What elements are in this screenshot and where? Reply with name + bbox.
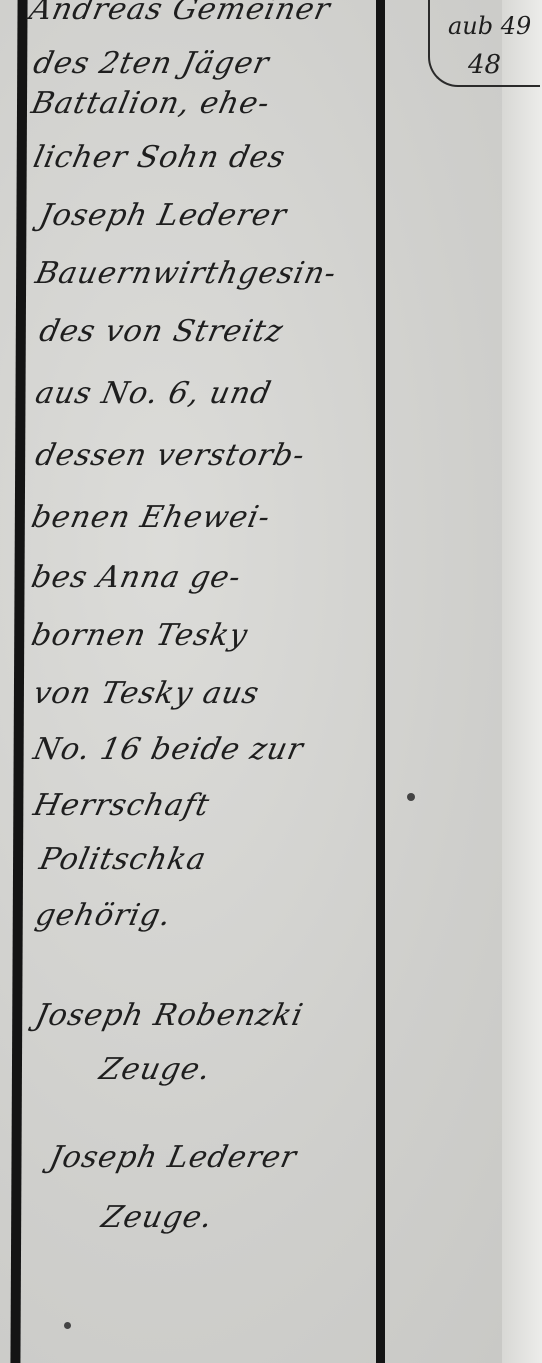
- left-column-rule: [10, 0, 27, 1363]
- witness-role: Zeuge.: [98, 1200, 216, 1235]
- margin-note: aub 49 48: [416, 0, 536, 95]
- ink-speck: [407, 793, 415, 801]
- entry-line: gehörig.: [32, 898, 174, 933]
- entry-line: bornen Tesky: [28, 618, 251, 653]
- witness-name: Joseph Lederer: [46, 1140, 300, 1175]
- entry-line: Politschka: [36, 842, 209, 877]
- entry-line: Battalion, ehe-: [28, 86, 273, 121]
- entry-line: Herrschaft: [30, 788, 213, 823]
- page-edge: [502, 0, 542, 1363]
- ink-speck: [64, 1322, 71, 1329]
- witness-name: Joseph Robenzki: [32, 998, 306, 1033]
- entry-line: Bauernwirthgesin-: [32, 256, 340, 291]
- entry-line: aus No. 6, und: [32, 376, 274, 411]
- entry-line: bes Anna ge-: [28, 560, 244, 595]
- entry-line: No. 16 beide zur: [30, 732, 307, 767]
- right-column-rule: [376, 0, 385, 1363]
- witness-role: Zeuge.: [96, 1052, 214, 1087]
- document-page: Andreas Gemeiner des 2ten Jäger Battalio…: [0, 0, 542, 1363]
- entry-line: Joseph Lederer: [36, 198, 290, 233]
- entry-line: des von Streitz: [36, 314, 286, 349]
- entry-line: Andreas Gemeiner: [26, 0, 333, 27]
- entry-line: benen Ehewei-: [28, 500, 273, 535]
- entry-line: licher Sohn des: [30, 140, 289, 175]
- margin-note-number: 48: [468, 50, 501, 80]
- margin-note-line: aub 49: [448, 12, 531, 40]
- entry-line: von Tesky aus: [30, 676, 262, 711]
- entry-line: dessen verstorb-: [32, 438, 308, 473]
- entry-line: des 2ten Jäger: [30, 46, 272, 81]
